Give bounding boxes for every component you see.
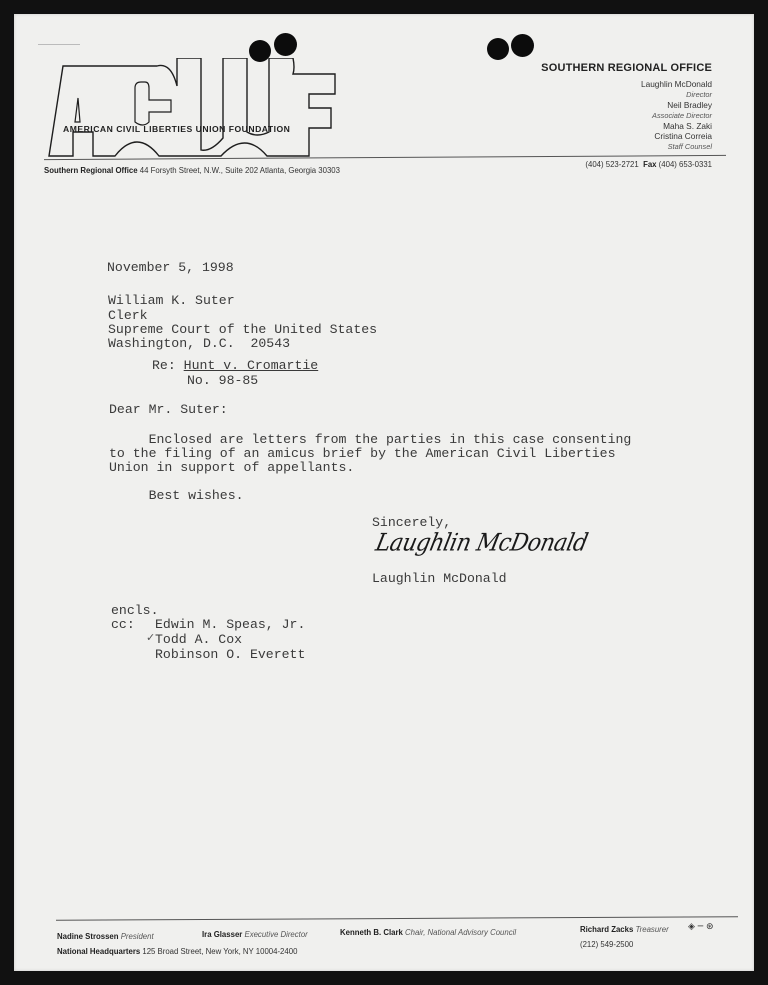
footer-headquarters: National Headquarters 125 Broad Street, … xyxy=(57,947,297,956)
recipient-organization: Supreme Court of the United States xyxy=(108,322,377,337)
exec-role: Executive Director xyxy=(245,930,308,939)
punch-hole xyxy=(274,33,297,56)
staff-role: Staff Counsel xyxy=(641,142,712,152)
office-address: Southern Regional Office 44 Forsyth Stre… xyxy=(44,166,340,175)
staff-list: Laughlin McDonald Director Neil Bradley … xyxy=(641,80,712,153)
letter-page: AMERICAN CIVIL LIBERTIES UNION FOUNDATIO… xyxy=(14,14,754,971)
footer-executive-director: Ira Glasser Executive Director xyxy=(202,930,308,939)
staff-entry: Neil Bradley Associate Director xyxy=(641,101,712,120)
re-line: Re: Hunt v. Cromartie xyxy=(152,358,318,373)
logo-tagline: AMERICAN CIVIL LIBERTIES UNION FOUNDATIO… xyxy=(63,124,290,134)
signer-name: Laughlin McDonald xyxy=(372,571,507,586)
recipient-name: William K. Suter xyxy=(108,293,235,308)
union-bug-icon: ◈ ─ ⊛ xyxy=(688,922,714,932)
footer-divider xyxy=(56,916,738,921)
re-case: Hunt v. Cromartie xyxy=(184,358,319,373)
staff-entry: Maha S. Zaki Cristina Correia Staff Coun… xyxy=(641,122,712,151)
footer-treasurer: Richard Zacks Treasurer xyxy=(580,925,669,934)
closing-remark: Best wishes. xyxy=(109,488,244,503)
phone-number: (404) 523-2721 xyxy=(585,160,638,169)
staff-name: Cristina Correia xyxy=(641,132,712,142)
staff-role: Associate Director xyxy=(641,111,712,121)
address-label: Southern Regional Office xyxy=(44,166,138,175)
office-title: SOUTHERN REGIONAL OFFICE xyxy=(541,62,712,74)
scan-mark xyxy=(38,44,80,45)
punch-hole xyxy=(487,38,509,60)
handwritten-signature: Laughlin McDonald xyxy=(373,530,590,558)
recipient-title: Clerk xyxy=(108,308,148,323)
body-line: to the filing of an amicus brief by the … xyxy=(109,446,615,461)
staff-role: Director xyxy=(641,90,712,100)
cc-recipient: Todd A. Cox xyxy=(155,632,242,647)
salutation: Dear Mr. Suter: xyxy=(109,402,228,417)
president-name: Nadine Strossen xyxy=(57,932,119,941)
hq-phone: (212) 549-2500 xyxy=(580,940,633,949)
footer-chair: Kenneth B. Clark Chair, National Advisor… xyxy=(340,928,516,937)
cc-label: cc: xyxy=(111,617,135,632)
re-number: No. 98-85 xyxy=(187,373,258,388)
cc-recipient: Edwin M. Speas, Jr. xyxy=(155,617,305,632)
re-label: Re: xyxy=(152,358,176,373)
staff-entry: Laughlin McDonald Director xyxy=(641,80,712,99)
staff-name: Neil Bradley xyxy=(641,101,712,111)
hq-label: National Headquarters xyxy=(57,947,140,956)
cc-recipient: Robinson O. Everett xyxy=(155,647,305,662)
treasurer-name: Richard Zacks xyxy=(580,925,633,934)
treasurer-role: Treasurer xyxy=(635,925,668,934)
enclosures: encls. xyxy=(111,603,158,618)
aclu-foundation-logo xyxy=(45,58,341,158)
body-line: Union in support of appellants. xyxy=(109,460,354,475)
checkmark-icon: ✓ xyxy=(146,631,155,644)
president-role: President xyxy=(121,932,154,941)
valediction: Sincerely, xyxy=(372,515,451,530)
chair-role: Chair, National Advisory Council xyxy=(405,928,516,937)
office-phone: (404) 523-2721 Fax (404) 653-0331 xyxy=(585,160,712,169)
recipient-city: Washington, D.C. 20543 xyxy=(108,336,290,351)
fax-number: (404) 653-0331 xyxy=(659,160,712,169)
staff-name: Laughlin McDonald xyxy=(641,80,712,90)
address-text: 44 Forsyth Street, N.W., Suite 202 Atlan… xyxy=(140,166,340,175)
hq-address: 125 Broad Street, New York, NY 10004-240… xyxy=(142,947,297,956)
punch-hole xyxy=(511,34,534,57)
body-line: Enclosed are letters from the parties in… xyxy=(109,432,631,447)
fax-label: Fax xyxy=(643,160,656,169)
letter-date: November 5, 1998 xyxy=(107,260,234,275)
chair-name: Kenneth B. Clark xyxy=(340,928,403,937)
footer-president: Nadine Strossen President xyxy=(57,932,154,941)
exec-name: Ira Glasser xyxy=(202,930,242,939)
